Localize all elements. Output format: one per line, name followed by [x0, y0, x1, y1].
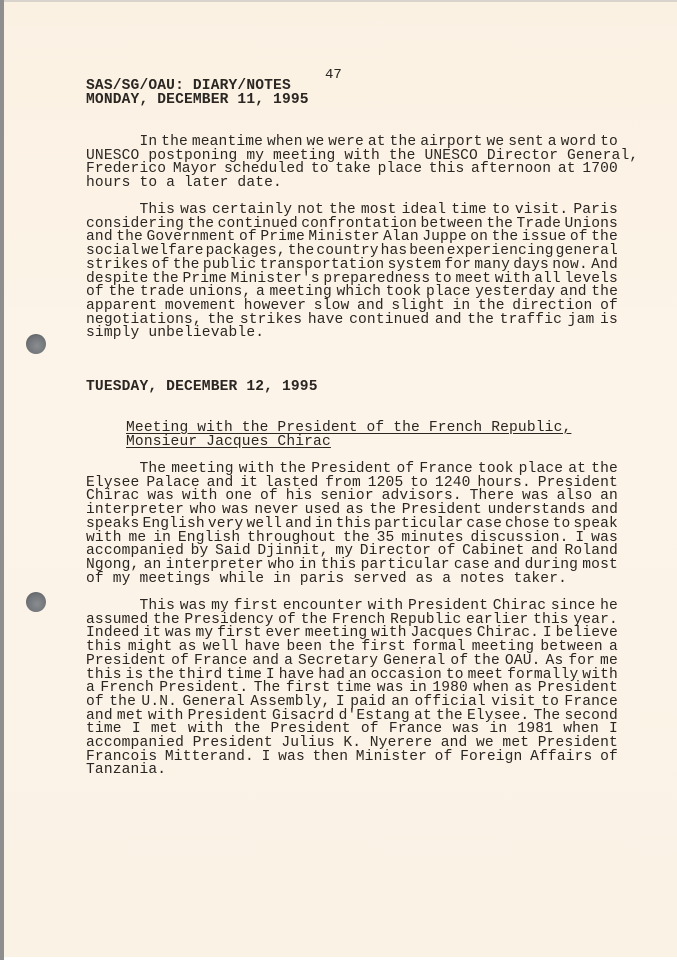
document-page: 47 SAS/SG/OAU: DIARY/NOTES MONDAY, DECEM…	[0, 0, 677, 960]
punch-hole-icon	[26, 334, 46, 354]
paragraph: ThiswasmyfirstencounterwithPresidentChir…	[86, 600, 618, 778]
text-line: simply unbelievable.	[86, 327, 618, 341]
text-line: hours to a later date.	[86, 177, 618, 191]
text-line: Tanzania.	[86, 764, 618, 778]
section-date: TUESDAY, DECEMBER 12, 1995	[86, 381, 618, 395]
page-top-edge	[4, 0, 677, 2]
tuesday-heading: TUESDAY, DECEMBER 12, 1995	[86, 381, 618, 395]
text-line: of my meetings while in paris served as …	[86, 573, 618, 587]
punch-hole-icon	[26, 592, 46, 612]
paragraph: Thiswascertainlynotthemostidealtimetovis…	[86, 204, 618, 341]
paragraph: Inthemeantimewhenwewereattheairportwesen…	[86, 136, 618, 191]
section-title: Meeting with the President of the French…	[126, 422, 576, 449]
document-header: SAS/SG/OAU: DIARY/NOTES MONDAY, DECEMBER…	[86, 80, 618, 107]
header-date: MONDAY, DECEMBER 11, 1995	[86, 94, 618, 108]
paragraph: ThemeetingwiththePresidentofFrancetookpl…	[86, 463, 618, 586]
section-title-line: Monsieur Jacques Chirac	[126, 436, 576, 450]
